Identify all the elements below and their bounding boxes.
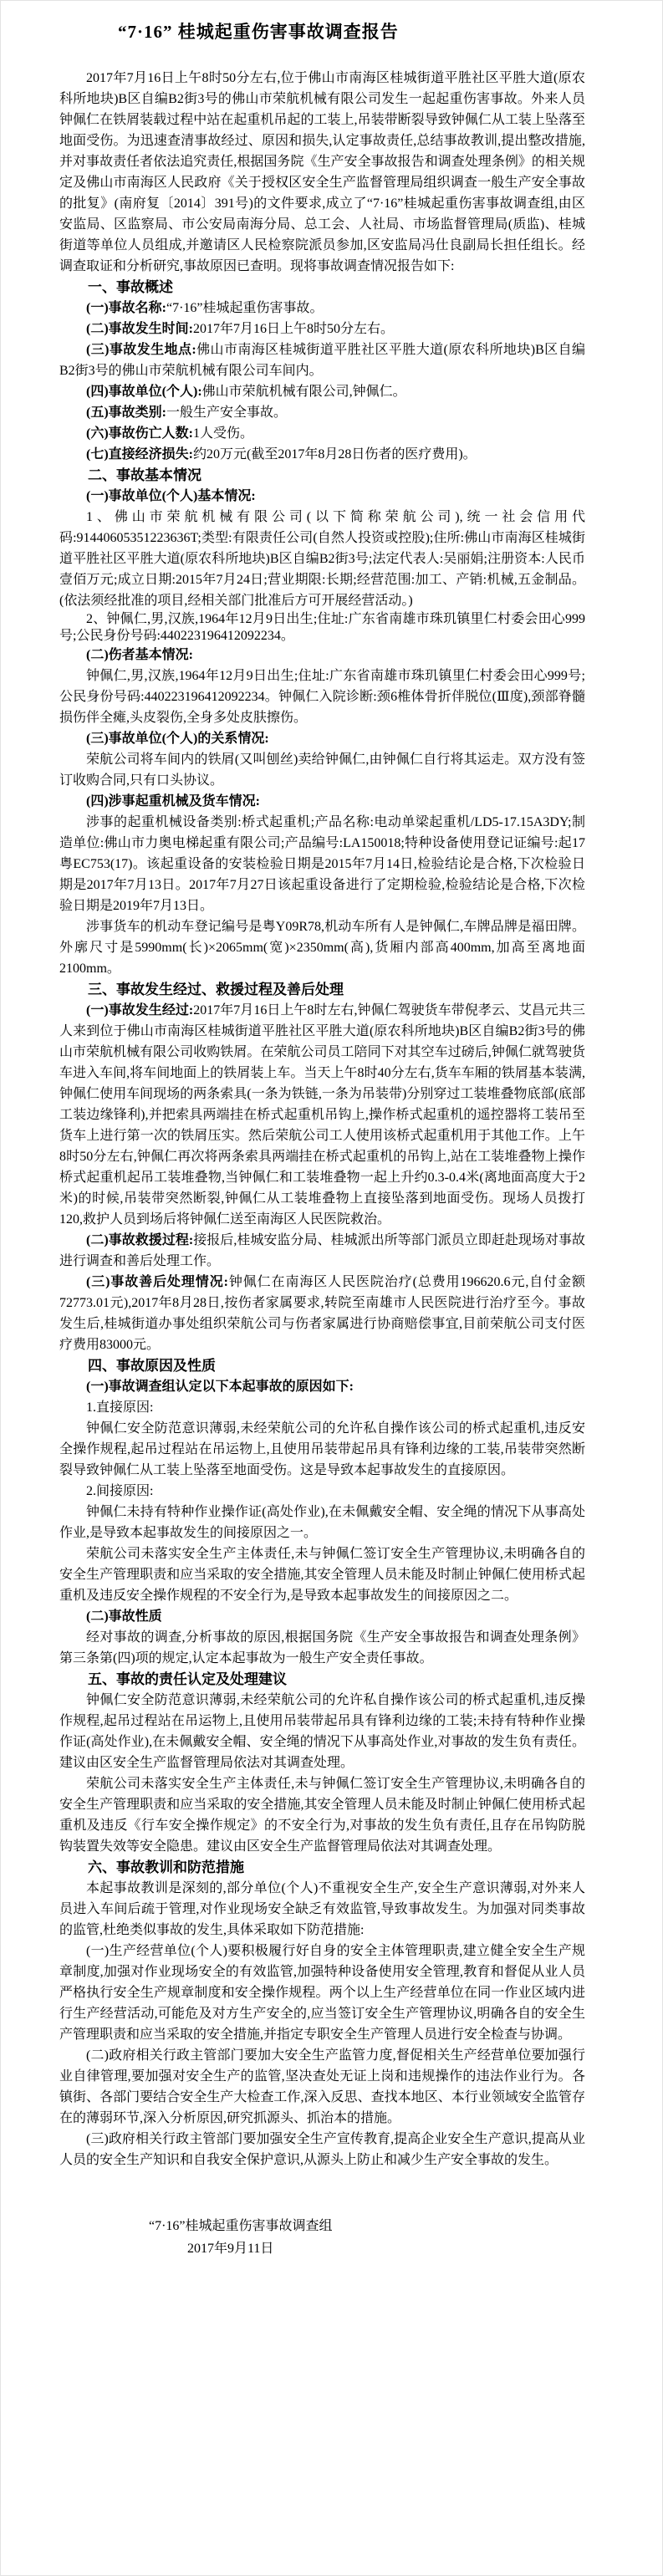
paragraph-label: (四)事故单位(个人): xyxy=(86,385,202,399)
paragraph-text: 2017年7月16日上午8时左右,钟佩仁驾驶货车带倪孝云、艾昌元共三人来到位于佛… xyxy=(59,1003,585,1227)
paragraph: 1.直接原因: xyxy=(59,1397,585,1418)
report-title: “7·16” 桂城起重伤害事故调查报告 xyxy=(118,19,585,44)
paragraph: 本起事故教训是深刻的,部分单位(个人)不重视安全生产,安全生产意识薄弱,对外来人… xyxy=(59,1878,585,1941)
paragraph: 涉事货车的机动车登记编号是粤Y09R78,机动车所有人是钟佩仁,车牌品牌是福田牌… xyxy=(59,916,585,979)
labeled-paragraph: (三)事故善后处理情况:钟佩仁在南海区人民医院治疗(总费用196620.6元,自… xyxy=(59,1272,585,1355)
section-heading: 六、事故教训和防范措施 xyxy=(59,1857,585,1878)
paragraph: 2017年7月16日上午8时50分左右,位于佛山市南海区桂城街道平胜社区平胜大道… xyxy=(59,68,585,277)
sub-heading: (三)事故单位(个人)的关系情况: xyxy=(59,728,585,749)
sub-heading: (一)事故单位(个人)基本情况: xyxy=(59,486,585,507)
paragraph: 钟佩仁安全防范意识薄弱,未经荣航公司的允许私自操作该公司的桥式起重机,违反操作规… xyxy=(59,1690,585,1773)
paragraph: (一)生产经营单位(个人)要积极履行好自身的安全主体管理职责,建立健全安全生产规… xyxy=(59,1941,585,2045)
paragraph: (二)政府相关行政主管部门要加大安全生产监管力度,督促相关生产经营单位要加强行业… xyxy=(59,2045,585,2129)
paragraph: 钟佩仁未持有特种作业操作证(高处作业),在未佩戴安全帽、安全绳的情况下从事高处作… xyxy=(59,1502,585,1543)
labeled-paragraph: (七)直接经济损失:约20万元(截至2017年8月28日伤者的医疗费用)。 xyxy=(59,444,585,465)
paragraph: 荣航公司将车间内的铁屑(又叫刨丝)卖给钟佩仁,由钟佩仁自行将其运走。双方没有签订… xyxy=(59,749,585,791)
labeled-paragraph: (二)事故发生时间:2017年7月16日上午8时50分左右。 xyxy=(59,319,585,339)
paragraph-label: (七)直接经济损失: xyxy=(86,447,193,462)
paragraph: 荣航公司未落实安全生产主体责任,未与钟佩仁签订安全生产管理协议,未明确各自的安全… xyxy=(59,1773,585,1857)
paragraph: 1、佛山市荣航机械有限公司(以下简称荣航公司),统一社会信用代码:9144060… xyxy=(59,507,585,611)
paragraph-text: 2017年7月16日上午8时50分左右。 xyxy=(193,322,394,336)
paragraph-label: (二)事故救援过程: xyxy=(86,1233,193,1247)
paragraph-label: (五)事故类别: xyxy=(86,406,166,420)
labeled-paragraph: (四)事故单位(个人):佛山市荣航机械有限公司,钟佩仁。 xyxy=(59,381,585,402)
sub-heading: (二)事故性质 xyxy=(59,1606,585,1627)
paragraph: 经对事故的调查,分析事故的原因,根据国务院《生产安全事故报告和调查处理条例》第三… xyxy=(59,1627,585,1669)
sub-heading: (一)事故调查组认定以下本起事故的原因如下: xyxy=(59,1376,585,1397)
paragraph: 钟佩仁,男,汉族,1964年12月9日出生;住址:广东省南雄市珠玑镇里仁村委会田… xyxy=(59,666,585,728)
labeled-paragraph: (一)事故发生经过:2017年7月16日上午8时左右,钟佩仁驾驶货车带倪孝云、艾… xyxy=(59,1000,585,1230)
paragraph: 2、钟佩仁,男,汉族,1964年12月9日出生;住址:广东省南雄市珠玑镇里仁村委… xyxy=(59,611,585,645)
paragraph-label: (六)事故伤亡人数: xyxy=(86,426,193,441)
document-page: “7·16” 桂城起重伤害事故调查报告2017年7月16日上午8时50分左右,位… xyxy=(0,0,663,2576)
sub-heading: (二)伤者基本情况: xyxy=(59,645,585,666)
paragraph-text: 佛山市荣航机械有限公司,钟佩仁。 xyxy=(202,385,406,399)
paragraph-label: (三)事故发生地点: xyxy=(86,343,196,357)
section-heading: 三、事故发生经过、救援过程及善后处理 xyxy=(59,979,585,1000)
paragraph-label: (一)事故发生经过: xyxy=(86,1003,193,1018)
labeled-paragraph: (三)事故发生地点:佛山市南海区桂城街道平胜社区平胜大道(原农科所地块)B区自编… xyxy=(59,339,585,381)
paragraph: 涉事的起重机械设备类别:桥式起重机;产品名称:电动单梁起重机/LD5-17.15… xyxy=(59,812,585,916)
signature-org: “7·16”桂城起重伤害事故调查组 xyxy=(149,2216,585,2237)
paragraph-text: “7·16”桂城起重伤害事故。 xyxy=(166,301,324,315)
labeled-paragraph: (六)事故伤亡人数:1人受伤。 xyxy=(59,423,585,444)
document-body: “7·16” 桂城起重伤害事故调查报告2017年7月16日上午8时50分左右,位… xyxy=(59,19,585,2259)
section-heading: 五、事故的责任认定及处理建议 xyxy=(59,1669,585,1690)
section-heading: 一、事故概述 xyxy=(59,277,585,298)
paragraph: 钟佩仁安全防范意识薄弱,未经荣航公司的允许私自操作该公司的桥式起重机,违反安全操… xyxy=(59,1418,585,1481)
labeled-paragraph: (一)事故名称:“7·16”桂城起重伤害事故。 xyxy=(59,298,585,319)
paragraph-label: (三)事故善后处理情况: xyxy=(86,1275,228,1289)
paragraph-label: (一)事故名称: xyxy=(86,301,166,315)
paragraph-text: 一般生产安全事故。 xyxy=(166,406,287,420)
paragraph: 荣航公司未落实安全生产主体责任,未与钟佩仁签订安全生产管理协议,未明确各自的安全… xyxy=(59,1543,585,1606)
labeled-paragraph: (二)事故救援过程:接报后,桂城安监分局、桂城派出所等部门派员立即赶赴现场对事故… xyxy=(59,1230,585,1272)
labeled-paragraph: (五)事故类别:一般生产安全事故。 xyxy=(59,402,585,423)
paragraph: (三)政府相关行政主管部门要加强安全生产宣传教育,提高企业安全生产意识,提高从业… xyxy=(59,2129,585,2170)
sub-heading: (四)涉事起重机械及货车情况: xyxy=(59,791,585,812)
paragraph: 2.间接原因: xyxy=(59,1481,585,1502)
paragraph-label: (二)事故发生时间: xyxy=(86,322,193,336)
paragraph-text: 约20万元(截至2017年8月28日伤者的医疗费用)。 xyxy=(193,447,477,462)
paragraph-text: 1人受伤。 xyxy=(193,426,253,441)
signature-date: 2017年9月11日 xyxy=(187,2238,585,2259)
section-heading: 二、事故基本情况 xyxy=(59,465,585,486)
section-heading: 四、事故原因及性质 xyxy=(59,1355,585,1376)
